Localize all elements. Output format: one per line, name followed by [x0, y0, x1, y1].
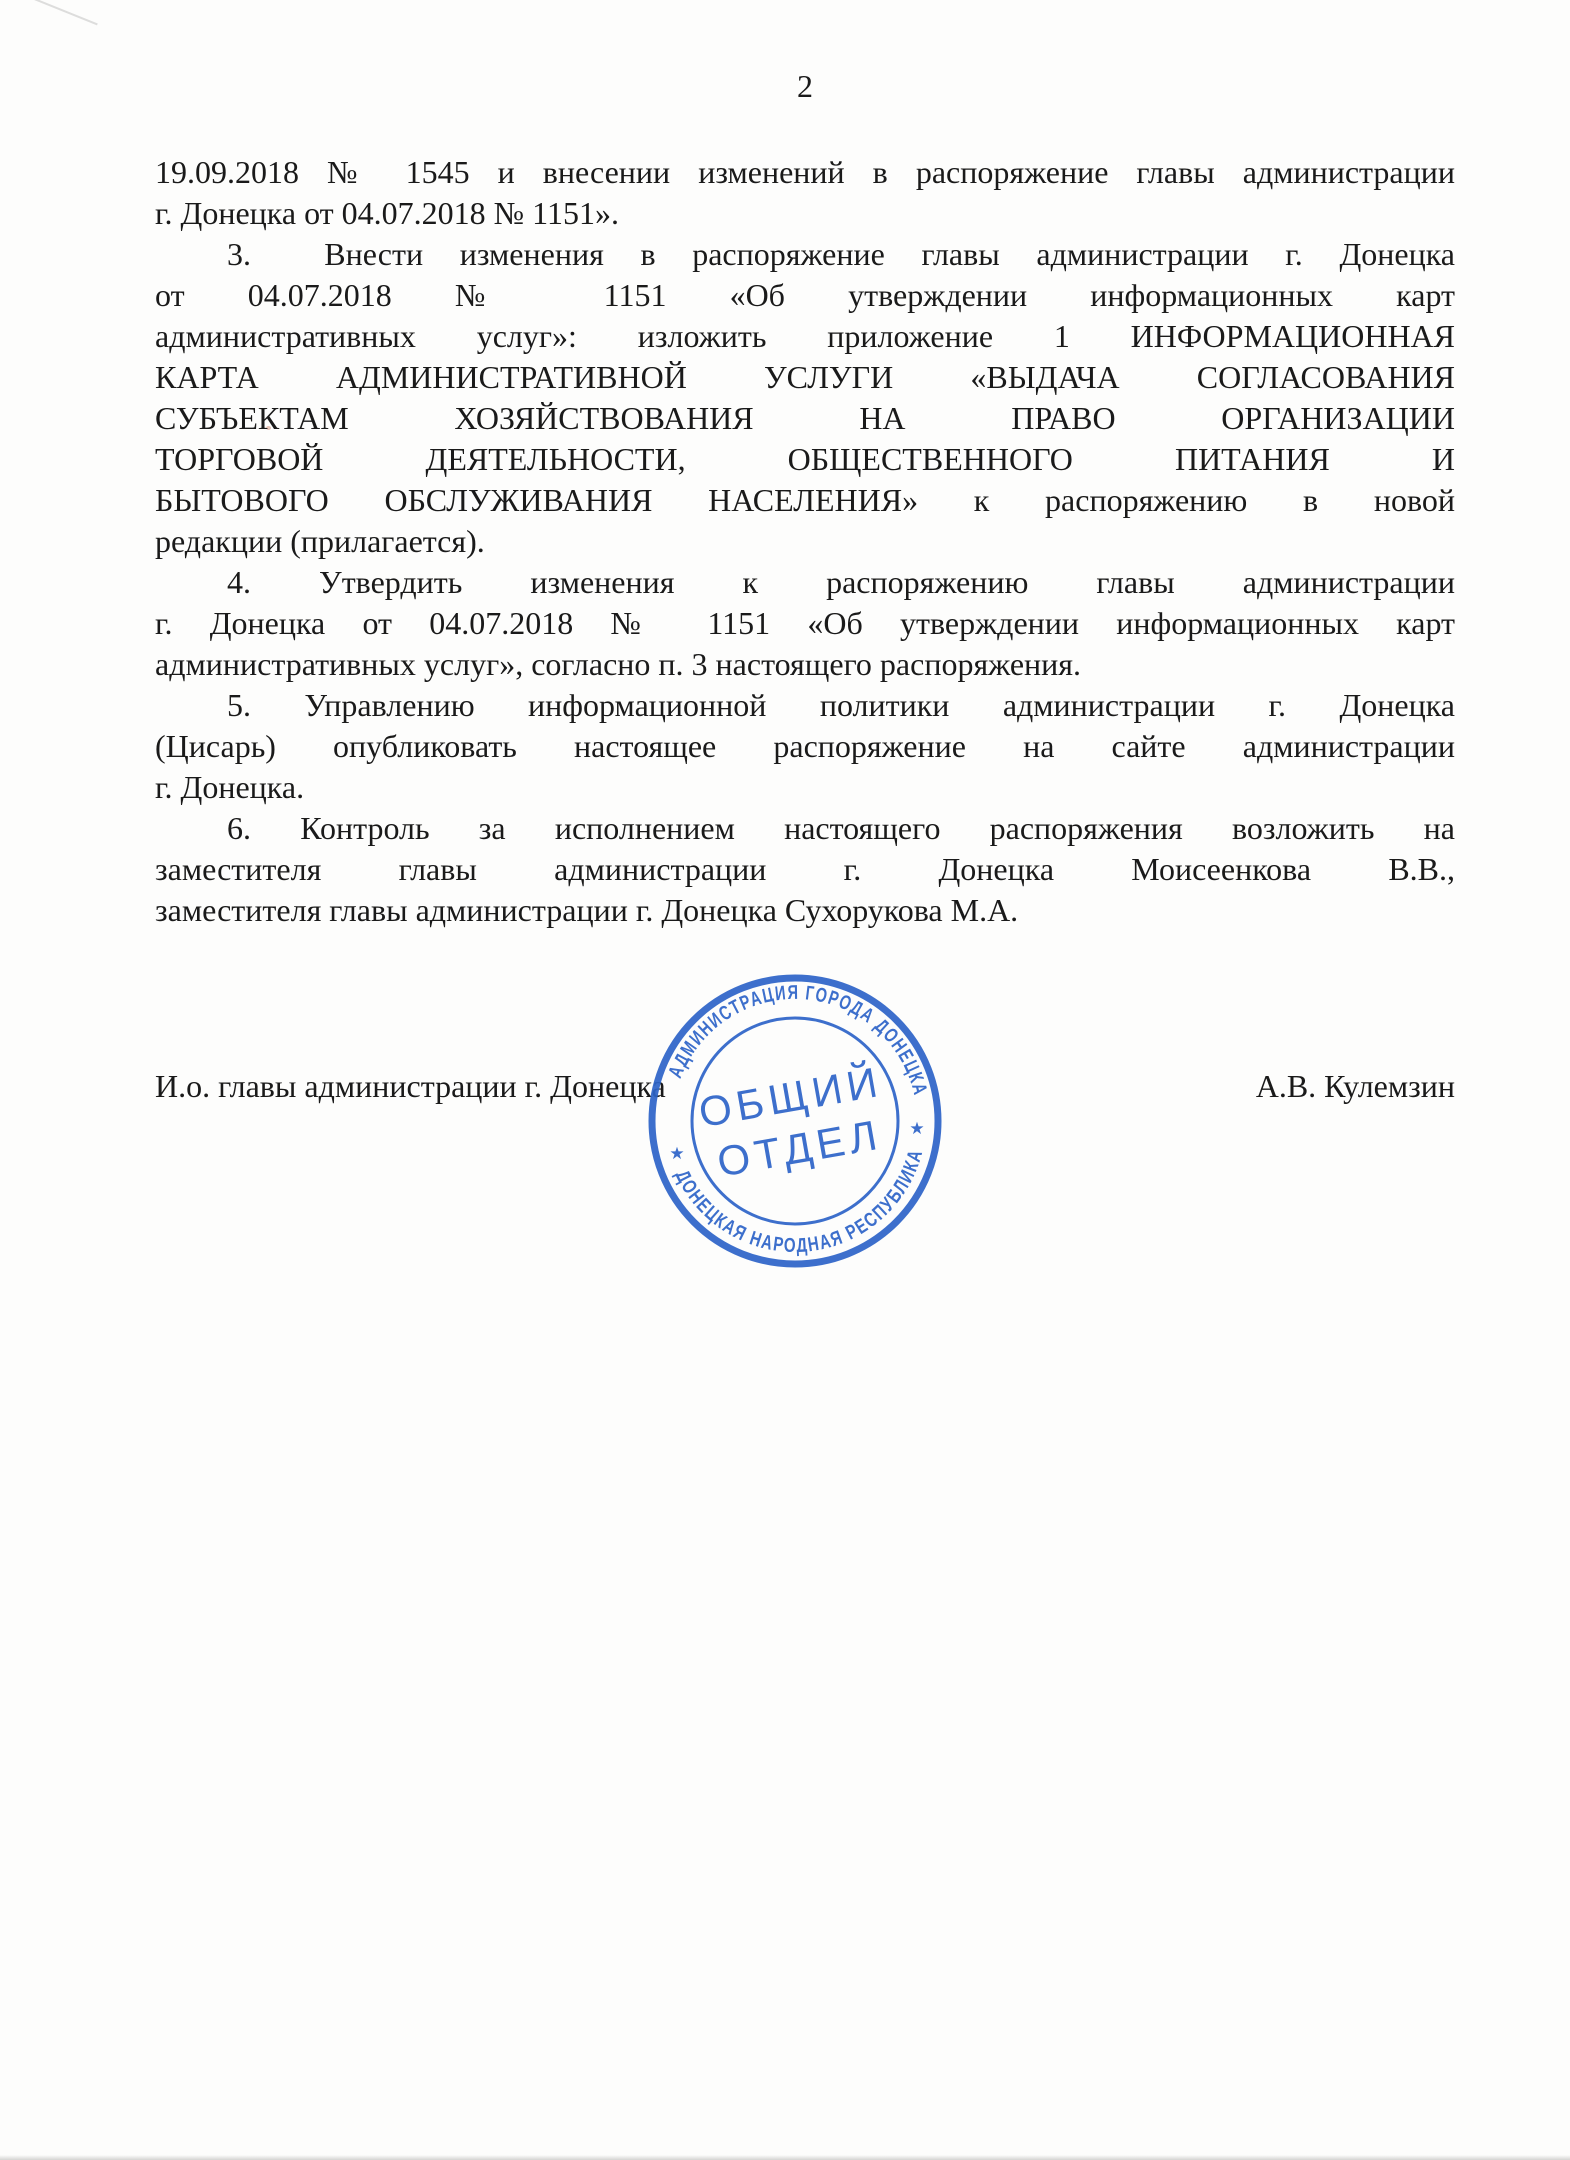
scan-artifact-line	[30, 0, 98, 25]
text-line: 19.09.2018 № 1545 и внесении изменений в…	[155, 152, 1455, 193]
text-line: административных услуг»: изложить прилож…	[155, 316, 1455, 357]
text-line: г. Донецка.	[155, 767, 1455, 808]
document-page: 2 19.09.2018 № 1545 и внесении изменений…	[0, 0, 1570, 2160]
text-line: заместителя главы администрации г. Донец…	[155, 890, 1455, 931]
document-body: 19.09.2018 № 1545 и внесении изменений в…	[155, 152, 1455, 931]
page-number: 2	[155, 68, 1455, 105]
signature-title: И.о. главы администрации г. Донецка	[155, 1066, 666, 1107]
text-line: 6. Контроль за исполнением настоящего ра…	[155, 808, 1455, 849]
text-line: (Цисарь) опубликовать настоящее распоряж…	[155, 726, 1455, 767]
text-line: г. Донецка от 04.07.2018 № 1151».	[155, 193, 1455, 234]
star-icon: ★	[669, 1144, 684, 1163]
text-line: административных услуг», согласно п. 3 н…	[155, 644, 1455, 685]
text-line: 5. Управлению информационной политики ад…	[155, 685, 1455, 726]
official-stamp: АДМИНИСТРАЦИЯ ГОРОДА ДОНЕЦКА ДОНЕЦКАЯ НА…	[635, 961, 955, 1281]
signature-name: А.В. Кулемзин	[1256, 1066, 1455, 1107]
text-line: КАРТА АДМИНИСТРАТИВНОЙ УСЛУГИ «ВЫДАЧА СО…	[155, 357, 1455, 398]
text-line: 4. Утвердить изменения к распоряжению гл…	[155, 562, 1455, 603]
stamp-outer-circle	[652, 978, 938, 1264]
star-icon: ★	[909, 1119, 924, 1138]
text-line: БЫТОВОГО ОБСЛУЖИВАНИЯ НАСЕЛЕНИЯ» к распо…	[155, 480, 1455, 521]
text-line: 3. Внести изменения в распоряжение главы…	[155, 234, 1455, 275]
scan-bottom-edge	[0, 2155, 1570, 2160]
text-line: СУБЪЕКТАМ ХОЗЯЙСТВОВАНИЯ НА ПРАВО ОРГАНИ…	[155, 398, 1455, 439]
text-line: ТОРГОВОЙ ДЕЯТЕЛЬНОСТИ, ОБЩЕСТВЕННОГО ПИТ…	[155, 439, 1455, 480]
text-line: от 04.07.2018 № 1151 «Об утверждении инф…	[155, 275, 1455, 316]
text-line: редакции (прилагается).	[155, 521, 1455, 562]
text-line: г. Донецка от 04.07.2018 № 1151 «Об утве…	[155, 603, 1455, 644]
text-line: заместителя главы администрации г. Донец…	[155, 849, 1455, 890]
